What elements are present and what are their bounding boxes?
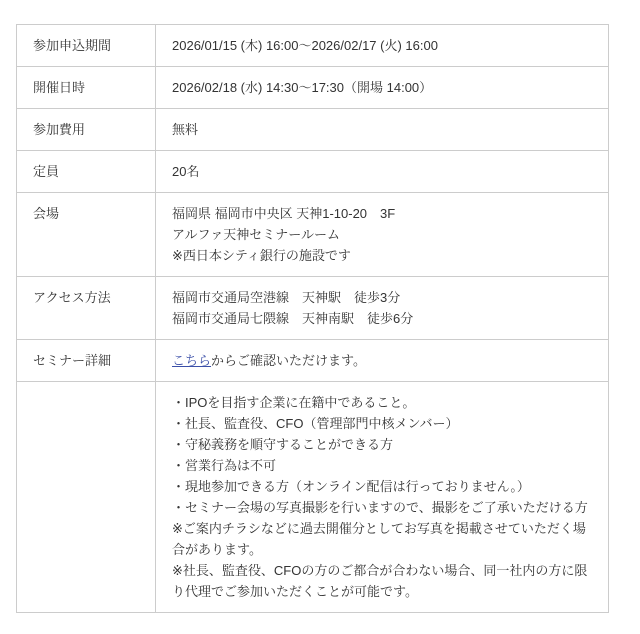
- row-value: ・IPOを目指す企業に在籍中であること。・社長、監査役、CFO（管理部門中核メン…: [156, 382, 609, 613]
- row-label: 開催日時: [17, 67, 156, 109]
- table-row: ・IPOを目指す企業に在籍中であること。・社長、監査役、CFO（管理部門中核メン…: [17, 382, 609, 613]
- row-label: アクセス方法: [17, 277, 156, 340]
- seminar-detail-page: 参加申込期間2026/01/15 (木) 16:00～2026/02/17 (火…: [0, 0, 640, 634]
- value-line: ※社長、監査役、CFOの方のご都合が合わない場合、同一社内の方に限り代理でご参加…: [172, 560, 592, 602]
- value-line: アルファ天神セミナールーム: [172, 224, 592, 245]
- table-row: アクセス方法福岡市交通局空港線 天神駅 徒歩3分福岡市交通局七隈線 天神南駅 徒…: [17, 277, 609, 340]
- row-value: 2026/01/15 (木) 16:00～2026/02/17 (火) 16:0…: [156, 25, 609, 67]
- seminar-info-table-body: 参加申込期間2026/01/15 (木) 16:00～2026/02/17 (火…: [17, 25, 609, 613]
- row-value: こちらからご確認いただけます。: [156, 340, 609, 382]
- value-line: ・現地参加できる方（オンライン配信は行っておりません。）: [172, 476, 592, 497]
- value-line: ※ご案内チラシなどに過去開催分としてお写真を掲載させていただく場合があります。: [172, 518, 592, 560]
- table-row: 定員20名: [17, 151, 609, 193]
- value-line: ・セミナー会場の写真撮影を行いますので、撮影をご了承いただける方: [172, 497, 592, 518]
- value-line: 2026/01/15 (木) 16:00～2026/02/17 (火) 16:0…: [172, 35, 592, 56]
- table-row: 参加費用無料: [17, 109, 609, 151]
- table-row: 参加申込期間2026/01/15 (木) 16:00～2026/02/17 (火…: [17, 25, 609, 67]
- value-line: 福岡市交通局空港線 天神駅 徒歩3分: [172, 287, 592, 308]
- value-line: ※西日本シティ銀行の施設です: [172, 245, 592, 266]
- value-line: ・IPOを目指す企業に在籍中であること。: [172, 392, 592, 413]
- row-value: 20名: [156, 151, 609, 193]
- row-value: 無料: [156, 109, 609, 151]
- seminar-info-table: 参加申込期間2026/01/15 (木) 16:00～2026/02/17 (火…: [16, 24, 609, 613]
- value-line: 無料: [172, 119, 592, 140]
- row-value: 福岡県 福岡市中央区 天神1-10-20 3Fアルファ天神セミナールーム※西日本…: [156, 193, 609, 277]
- row-label: 参加費用: [17, 109, 156, 151]
- table-row: 会場福岡県 福岡市中央区 天神1-10-20 3Fアルファ天神セミナールーム※西…: [17, 193, 609, 277]
- row-value: 2026/02/18 (水) 14:30～17:30（開場 14:00）: [156, 67, 609, 109]
- value-line: 福岡市交通局七隈線 天神南駅 徒歩6分: [172, 308, 592, 329]
- value-line: ・守秘義務を順守することができる方: [172, 434, 592, 455]
- value-line: こちらからご確認いただけます。: [172, 350, 592, 371]
- row-label: 参加申込期間: [17, 25, 156, 67]
- value-line: 2026/02/18 (水) 14:30～17:30（開場 14:00）: [172, 77, 592, 98]
- table-row: セミナー詳細こちらからご確認いただけます。: [17, 340, 609, 382]
- details-link[interactable]: こちら: [172, 353, 211, 368]
- row-label: 会場: [17, 193, 156, 277]
- row-label: 定員: [17, 151, 156, 193]
- row-value: 福岡市交通局空港線 天神駅 徒歩3分福岡市交通局七隈線 天神南駅 徒歩6分: [156, 277, 609, 340]
- value-line: ・社長、監査役、CFO（管理部門中核メンバー）: [172, 413, 592, 434]
- row-label: セミナー詳細: [17, 340, 156, 382]
- table-row: 開催日時2026/02/18 (水) 14:30～17:30（開場 14:00）: [17, 67, 609, 109]
- row-label: [17, 382, 156, 613]
- value-line: 20名: [172, 161, 592, 182]
- value-text: からご確認いただけます。: [211, 353, 366, 368]
- value-line: 福岡県 福岡市中央区 天神1-10-20 3F: [172, 203, 592, 224]
- value-line: ・営業行為は不可: [172, 455, 592, 476]
